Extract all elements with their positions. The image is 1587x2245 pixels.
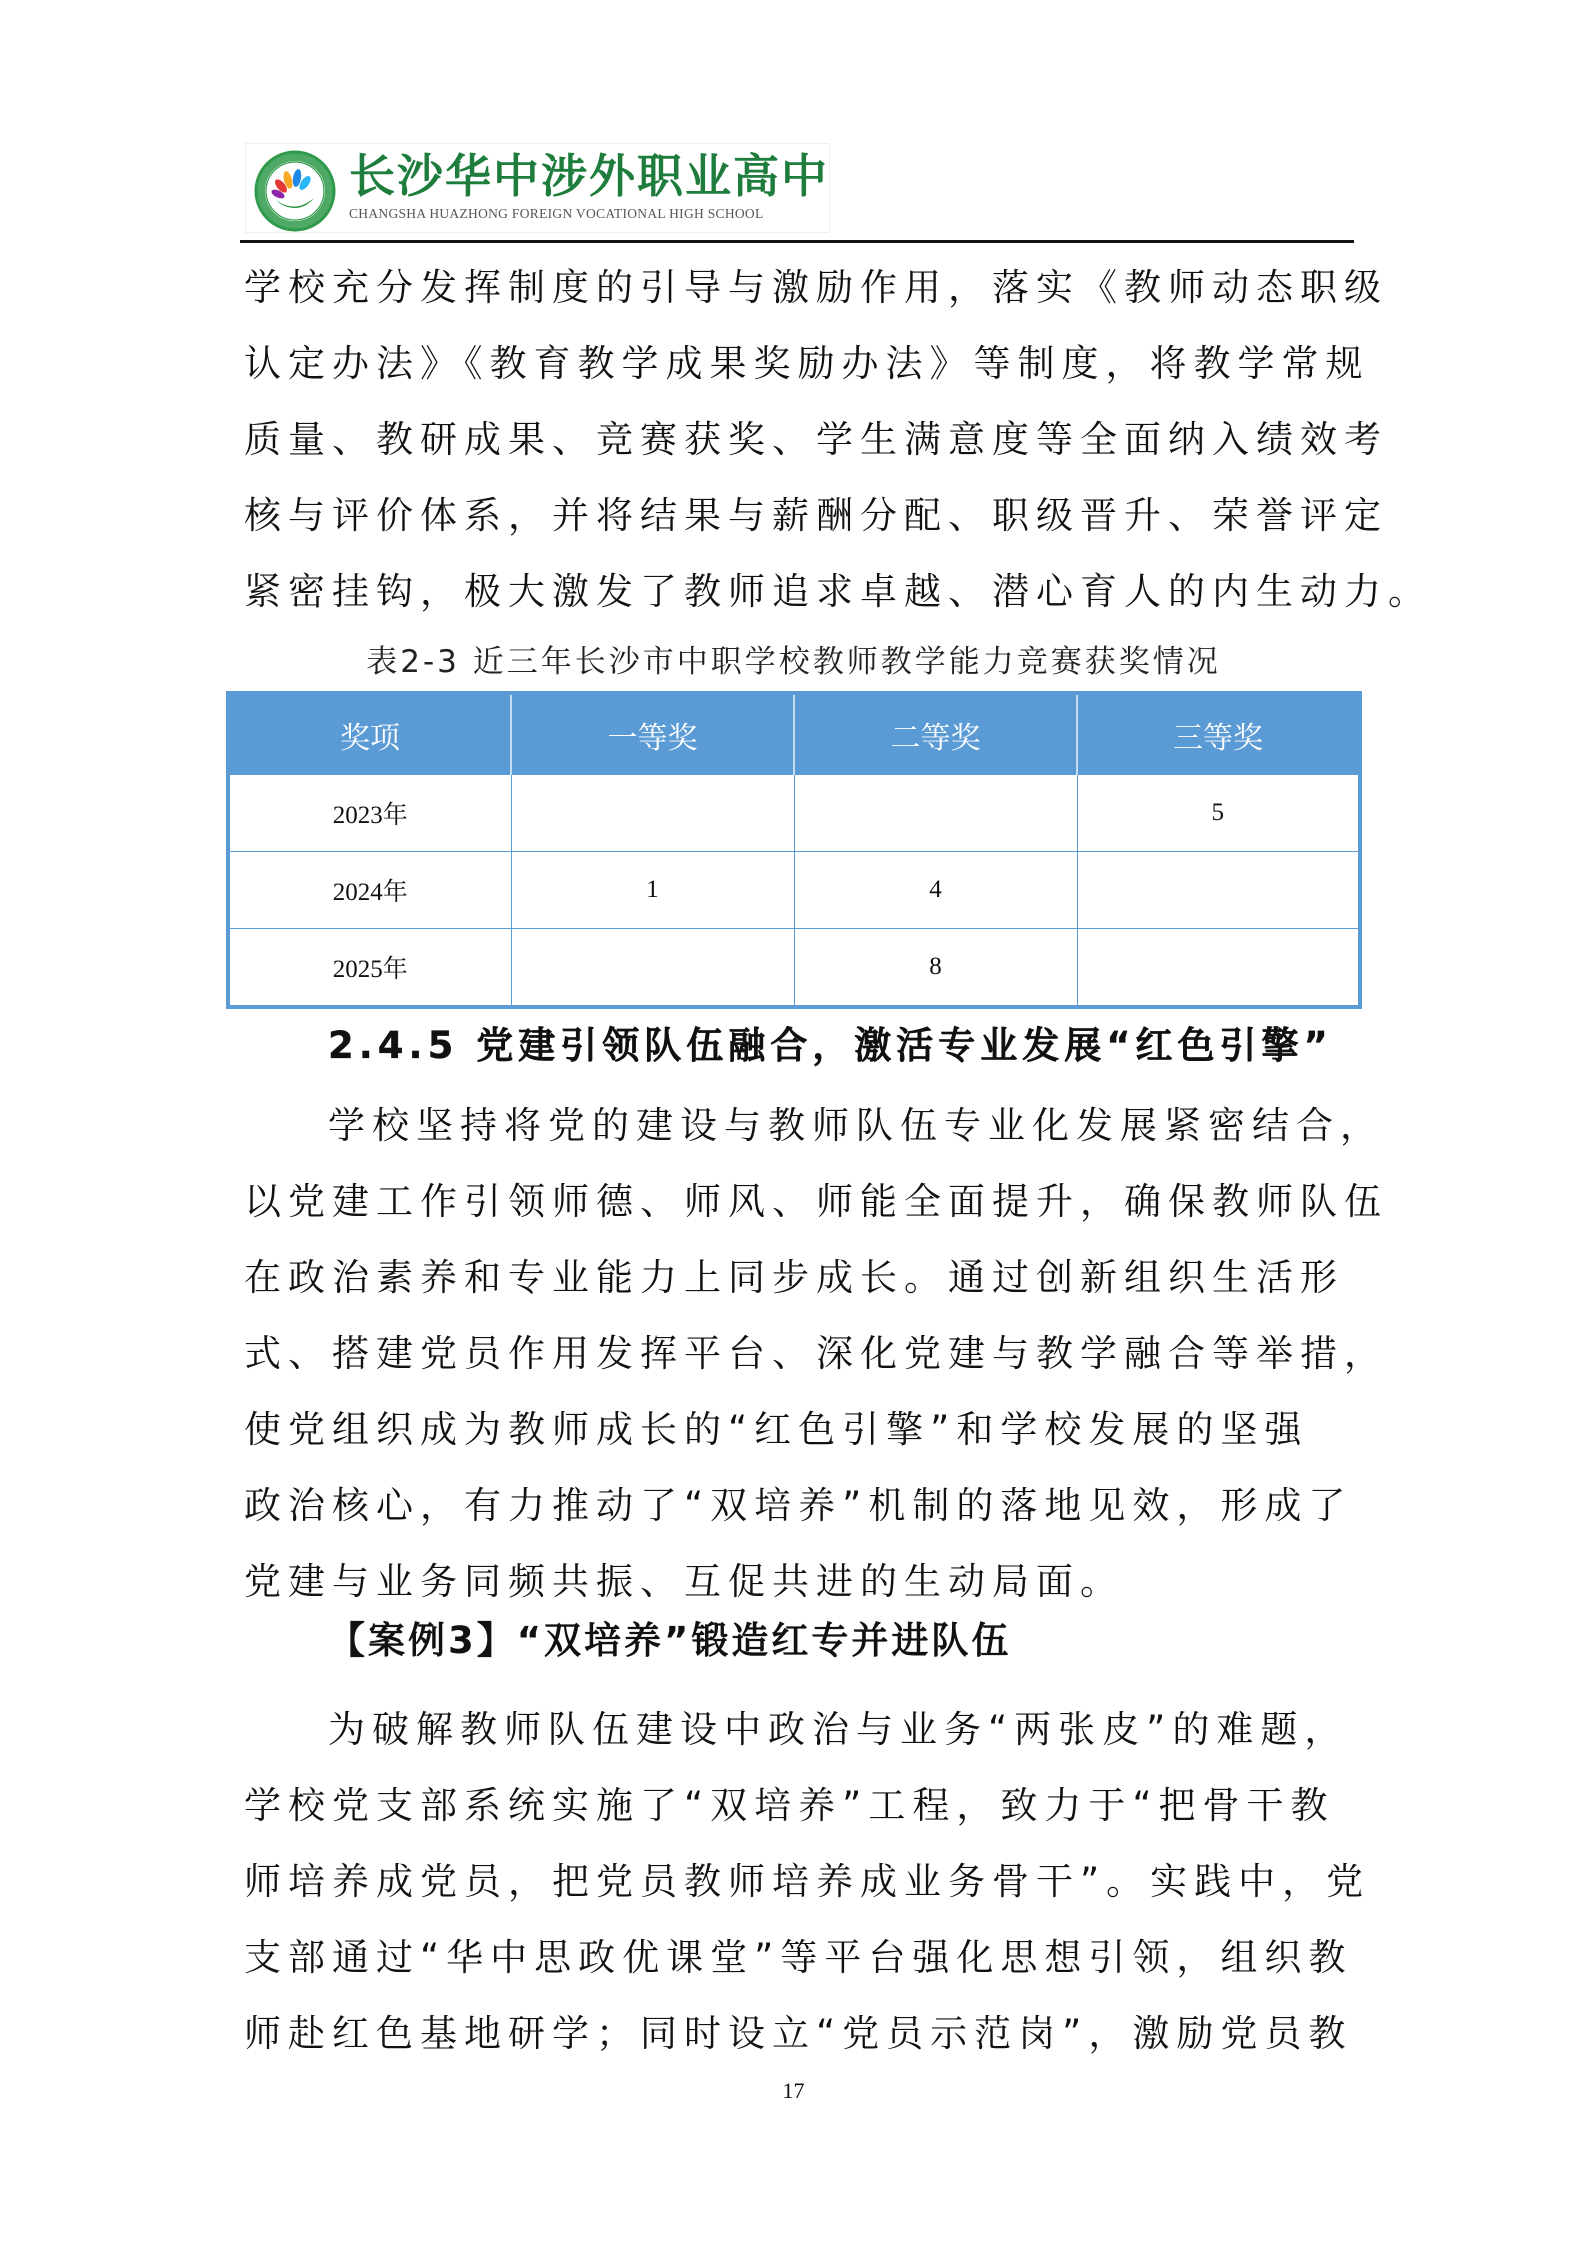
section-heading: 2.4.5 党建引领队伍融合，激活专业发展“红色引擎” [328,1016,1333,1076]
text-line: 政治核心，有力推动了“双培养”机制的落地见效，形成了 [244,1468,1354,1544]
text-line: 核与评价体系，并将结果与薪酬分配、职级晋升、荣誉评定 [244,478,1354,554]
text-line: 紧密挂钩，极大激发了教师追求卓越、潜心育人的内生动力。 [244,554,1354,630]
text-line: 支部通过“华中思政优课堂”等平台强化思想引领，组织教 [244,1920,1354,1996]
table-cell [794,775,1077,852]
header-divider [240,240,1354,243]
table-cell: 2023年 [228,775,511,852]
column-header: 三等奖 [1077,693,1360,775]
school-name-cn: 长沙华中涉外职业高中 [349,146,829,206]
table-cell [1077,929,1360,1008]
paragraph-incentive-system: 学校充分发挥制度的引导与激励作用，落实《教师动态职级 认定办法》《教育教学成果奖… [244,250,1354,630]
text-line: 使党组织成为教师成长的“红色引擎”和学校发展的坚强 [244,1392,1354,1468]
awards-table: 奖项 一等奖 二等奖 三等奖 2023年 5 2024年 1 4 2025年 8 [226,691,1362,1009]
text-line: 在政治素养和专业能力上同步成长。通过创新组织生活形 [244,1240,1354,1316]
text-line: 师培养成党员，把党员教师培养成业务骨干”。实践中，党 [244,1844,1354,1920]
paragraph-case-3: 为破解教师队伍建设中政治与业务“两张皮”的难题， 学校党支部系统实施了“双培养”… [244,1692,1354,2072]
text-line: 质量、教研成果、竞赛获奖、学生满意度等全面纳入绩效考 [244,402,1354,478]
table-cell: 8 [794,929,1077,1008]
text-line: 党建与业务同频共振、互促共进的生动局面。 [244,1544,1354,1620]
table-cell [1077,852,1360,929]
table-cell: 1 [511,852,794,929]
table-row: 2024年 1 4 [228,852,1360,929]
paragraph-party-building: 学校坚持将党的建设与教师队伍专业化发展紧密结合， 以党建工作引领师德、师风、师能… [244,1088,1354,1620]
table-row: 2023年 5 [228,775,1360,852]
text-line: 式、搭建党员作用发挥平台、深化党建与教学融合等举措， [244,1316,1354,1392]
school-logo-banner: 长沙华中涉外职业高中 CHANGSHA HUAZHONG FOREIGN VOC… [245,143,830,233]
text-line: 学校坚持将党的建设与教师队伍专业化发展紧密结合， [244,1088,1354,1164]
table-cell: 2025年 [228,929,511,1008]
text-line: 学校充分发挥制度的引导与激励作用，落实《教师动态职级 [244,250,1354,326]
case-title: 【案例3】“双培养”锻造红专并进队伍 [328,1611,1011,1671]
column-header: 二等奖 [794,693,1077,775]
text-line: 为破解教师队伍建设中政治与业务“两张皮”的难题， [244,1692,1354,1768]
table-cell: 4 [794,852,1077,929]
school-emblem-icon [254,150,336,232]
text-line: 以党建工作引领师德、师风、师能全面提升，确保教师队伍 [244,1164,1354,1240]
table-cell: 5 [1077,775,1360,852]
table-row: 2025年 8 [228,929,1360,1008]
text-line: 师赴红色基地研学；同时设立“党员示范岗”，激励党员教 [244,1996,1354,2072]
column-header: 奖项 [228,693,511,775]
text-line: 学校党支部系统实施了“双培养”工程，致力于“把骨干教 [244,1768,1354,1844]
column-header: 一等奖 [511,693,794,775]
table-caption: 表2-3 近三年长沙市中职学校教师教学能力竞赛获奖情况 [0,640,1587,684]
text-line: 认定办法》《教育教学成果奖励办法》等制度，将教学常规 [244,326,1354,402]
school-name-en: CHANGSHA HUAZHONG FOREIGN VOCATIONAL HIG… [349,206,764,222]
table-header-row: 奖项 一等奖 二等奖 三等奖 [228,693,1360,775]
page-number: 17 [0,2078,1587,2104]
table-cell: 2024年 [228,852,511,929]
table-cell [511,929,794,1008]
table-cell [511,775,794,852]
